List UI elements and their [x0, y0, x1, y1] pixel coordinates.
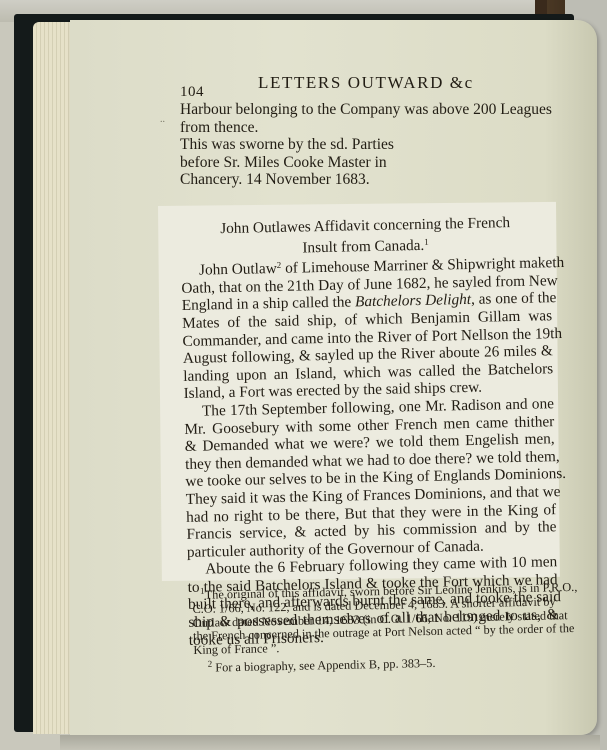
continued-text: Harbour belonging to the Company was abo… — [180, 101, 552, 189]
text-line: Harbour belonging to the Company was abo… — [180, 101, 552, 119]
footnote-ref: 1 — [424, 236, 429, 246]
title-text: Insult from Canada. — [302, 236, 424, 256]
text-line: This was sworne by the sd. Parties — [180, 136, 552, 154]
running-head: LETTERS OUTWARD &c — [258, 73, 474, 93]
page-number: 104 — [180, 84, 204, 101]
margin-mark: .. — [160, 114, 165, 125]
footnotes: 1The original of this affidavit, sworn b… — [192, 578, 552, 676]
text: , as one of the — [471, 290, 557, 309]
text-line: from thence. — [180, 119, 552, 137]
ship-name: Batchelors Delight — [355, 291, 471, 310]
name: John Outlaw — [199, 260, 277, 279]
table-surface — [60, 735, 600, 750]
text-line: before Sr. Miles Cooke Master in — [180, 154, 552, 172]
footnote-marker: 2 — [208, 659, 213, 669]
page-edges — [33, 22, 75, 734]
text-line: Chancery. 14 November 1683. — [180, 171, 552, 189]
